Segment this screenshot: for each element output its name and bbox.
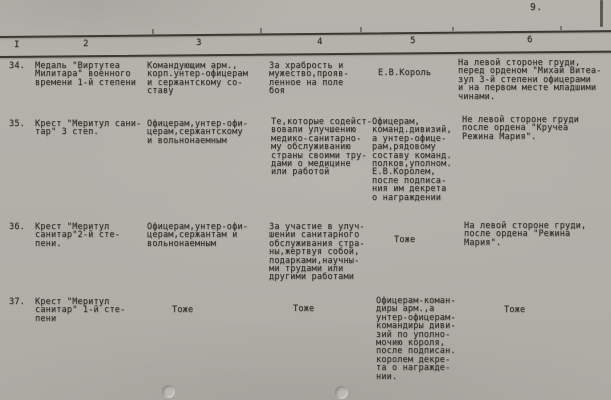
row-37-number: 37.: [9, 298, 25, 306]
row-34-award-name: Медаль "Виртутеа Милитара" военного врем…: [35, 62, 136, 87]
row-34-wearing: На левой стороне груди, перед орденом "М…: [458, 59, 602, 101]
row-37-wearing: Тоже: [504, 306, 525, 314]
row-35-awarded-to: Офицерам,унтер-офи- церам,сержантскому и…: [147, 120, 248, 145]
row-36-awarded-for: За участие в улуч- шении санитарного обс…: [269, 223, 365, 282]
row-36-awarded-by: Тоже: [394, 236, 415, 244]
column-header-5: 5: [410, 36, 416, 46]
column-tick: [560, 26, 562, 31]
punch-hole-left: [162, 385, 175, 398]
row-37-awarded-for: Тоже: [293, 305, 314, 313]
row-35-awarded-by: Офицерам, команд.дивизий, а унтер-офице-…: [372, 118, 452, 202]
row-35-wearing: Не левой стороне груди после ордена "Кру…: [462, 116, 579, 141]
row-37-awarded-by: Офицерам-коман- диры арм.,а унтер-офицер…: [376, 297, 456, 381]
column-tick: [360, 27, 362, 32]
row-34-awarded-for: За храбрость и мужество,прояв- ленное на…: [269, 62, 349, 96]
column-tick: [152, 29, 154, 34]
row-35-number: 35.: [9, 120, 25, 128]
scan-edge-mark: [600, 0, 603, 27]
document-page: 9. I 2 3 4 5 6 34. Медаль "Виртутеа Мили…: [0, 0, 611, 400]
row-34-number: 34.: [9, 62, 25, 70]
column-header-6: 6: [527, 35, 533, 45]
row-37-award-name: Крест "Меритул санитар" 1-й сте- пени: [35, 298, 125, 323]
column-header-1: I: [14, 40, 20, 50]
column-header-3: 3: [196, 38, 202, 48]
table-header-rule-top: [0, 30, 611, 38]
row-36-wearing: На левой стороне груди, после ордена "Ре…: [464, 222, 586, 247]
row-36-awarded-to: Офицерам,унтер-офи- церам,сержантам и во…: [147, 223, 248, 248]
row-34-awarded-to: Командующим арм., корп.унтер-офицерам и …: [147, 62, 248, 96]
row-36-number: 36.: [9, 223, 25, 231]
row-34-awarded-by: Е.В.Король: [378, 69, 431, 77]
row-35-award-name: Крест "Меритул сани- тар" 3 степ.: [35, 120, 141, 137]
column-tick: [452, 27, 454, 32]
column-header-4: 4: [317, 37, 323, 47]
row-36-award-name: Крест "Меритул санитар"2-й сте- пени.: [35, 223, 120, 248]
column-header-2: 2: [83, 39, 89, 49]
row-35-awarded-for: Те,которые содейст- вовали улучшению мед…: [271, 118, 372, 177]
punch-hole-right: [335, 386, 348, 399]
row-37-awarded-to: Тоже: [172, 306, 193, 314]
column-tick: [260, 28, 262, 33]
page-number: 9.: [530, 2, 542, 13]
